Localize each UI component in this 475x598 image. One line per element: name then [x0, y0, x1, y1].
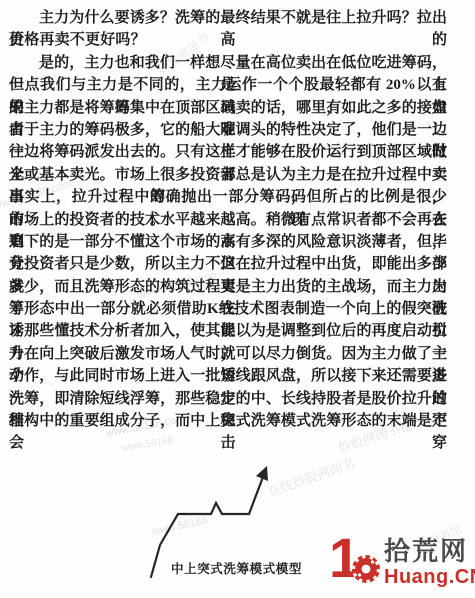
article-text: 主力为什么要诱多？洗筹的最终结果不就是往上拉升吗？拉出更高的价格再卖不更好吗？是… [9, 7, 447, 432]
diagram-caption: 中上突式洗筹模式模型 [171, 559, 302, 577]
text-line: 洗筹，即清除短线浮筹，那些稳定的中、长线持股者是股价拉升过程稳定 [9, 388, 447, 410]
text-line: 分投资者只是少数，所以主力不但在拉升过程中出货，即能出多少就卖出 [9, 253, 447, 275]
text-line: 市场上的投资者的技术水平越来越高。稍微有点常识者都不会再去追高， [9, 209, 447, 231]
site-logo: 1 拾荒网 Huang.CN [331, 539, 475, 595]
text-line: 主力为什么要诱多？洗筹的最终结果不就是往上拉升吗？拉出更高的 [9, 7, 447, 29]
text-line: 筹形态中出一部分就必须借助K线技术图表制造一个向上的假突破才能引 [9, 298, 447, 320]
text-line: 由于主力的筹码极多，它的船大难调头的特性决定了，他们是一边往上做 [9, 119, 447, 141]
logo-domain: Huang.CN [384, 566, 475, 588]
text-line: 动作，与此同时市场上进入一批短线跟风盘，所以接下来还需要进一步的 [9, 365, 447, 387]
gear-icon [349, 545, 389, 589]
text-line: 多少，而且洗筹形态的构筑过程更是主力出货的主战场，而主力为了在洗 [9, 276, 447, 298]
pattern-diagram: 中上突式洗筹模式模型 [140, 455, 335, 595]
text-line: 光或基本卖光。市场上很多投资者总是认为主力是在拉升过程中卖出筹码， [9, 164, 447, 186]
logo-site-name: 拾荒网 [384, 538, 468, 565]
text-line: 诱那些懂技术分析者加入，使其误以为是调整到位后的再度启动拉升，主 [9, 320, 447, 342]
text-line: 剩下的是一部分不懂这个市场的水有多深的风险意识淡薄者，但毕竟这部 [9, 231, 447, 253]
text-line: 事实上，拉升过程中的确抛出一部分筹码，但所占的比例是很少的。现在 [9, 186, 447, 208]
text-line: 一边将筹码派发出去的。只有这样才能够在股价运行到顶部区域时全部卖 [9, 141, 447, 163]
text-line: 一点我们与主力是不同的，主力运作一个个股最轻都有 20%以上的筹码，如 [9, 74, 447, 96]
gear-shape [352, 555, 380, 583]
document-page: 炒股网图书www.58188.com在线炒股www.58188.comwww.5… [0, 0, 475, 598]
text-line: 是的，主力也和我们一样想尽量在高位卖出在低位吃进筹码，但是有 [9, 52, 447, 74]
text-line: 力在向上突破后激发市场人气时就可以尽力倒货。因为主力做了一个诱多 [9, 343, 447, 365]
text-line: 结构中的重要组成分子，而中上突式洗筹模式洗筹形态的末端是不会击穿 [9, 410, 447, 432]
text-line: 果主力都是将筹码集中在顶部区域卖的话，哪里有如此之多的接盘者呢！ [9, 97, 447, 119]
